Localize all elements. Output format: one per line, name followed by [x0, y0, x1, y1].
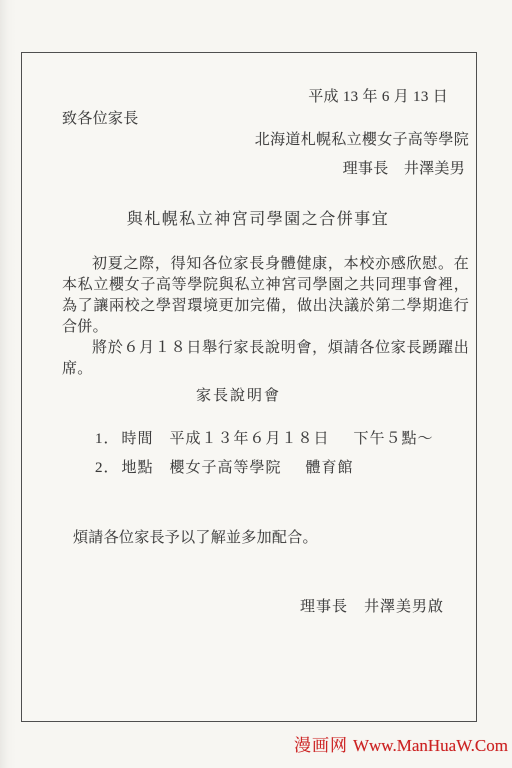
item-value: 平成１３年６月１８日 [170, 429, 330, 450]
item-value2: 體育館 [306, 458, 354, 479]
meeting-item-place: 2． 地點 櫻女子高等學院 體育館 [95, 458, 469, 479]
item-label: 時間 [122, 429, 154, 450]
meeting-heading: 家長說明會 [62, 386, 469, 407]
item-number: 2． [95, 458, 120, 479]
scanned-letter-page: 平成 13 年 6 月 13 日 致各位家長 北海道札幌私立櫻女子高等學院 理事… [0, 0, 512, 768]
signature-line: 理事長 井澤美男啟 [62, 597, 469, 618]
watermark: 漫画网Www.ManHuaW.Com [294, 736, 508, 756]
item-label: 地點 [122, 458, 154, 479]
watermark-site-name: 漫画网 [294, 736, 348, 755]
item-number: 1． [95, 429, 120, 450]
sender-school: 北海道札幌私立櫻女子高等學院 [62, 130, 469, 151]
watermark-site-url: Www.ManHuaW.Com [353, 736, 508, 755]
meeting-item-time: 1． 時間 平成１３年６月１８日 下午５點～ [95, 429, 469, 450]
letter-date: 平成 13 年 6 月 13 日 [62, 87, 469, 108]
letter-content: 平成 13 年 6 月 13 日 致各位家長 北海道札幌私立櫻女子高等學院 理事… [22, 53, 476, 721]
letter-body: 初夏之際，得知各位家長身體健康，本校亦感欣慰。在本私立櫻女子高等學院與私立神宮司… [62, 254, 469, 380]
salutation: 致各位家長 [62, 109, 469, 130]
item-value: 櫻女子高等學院 [170, 458, 282, 479]
letter-border-frame: 平成 13 年 6 月 13 日 致各位家長 北海道札幌私立櫻女子高等學院 理事… [21, 52, 477, 722]
body-paragraph-2: 將於６月１８日舉行家長說明會，煩請各位家長踴躍出席。 [62, 338, 469, 380]
subject-title: 與札幌私立神宮司學園之合併事宜 [62, 209, 469, 230]
body-paragraph-1: 初夏之際，得知各位家長身體健康，本校亦感欣慰。在本私立櫻女子高等學院與私立神宮司… [62, 254, 469, 338]
item-value2: 下午５點～ [354, 429, 434, 450]
sender-title: 理事長 井澤美男 [62, 159, 469, 180]
closing-line: 煩請各位家長予以了解並多加配合。 [73, 528, 469, 549]
